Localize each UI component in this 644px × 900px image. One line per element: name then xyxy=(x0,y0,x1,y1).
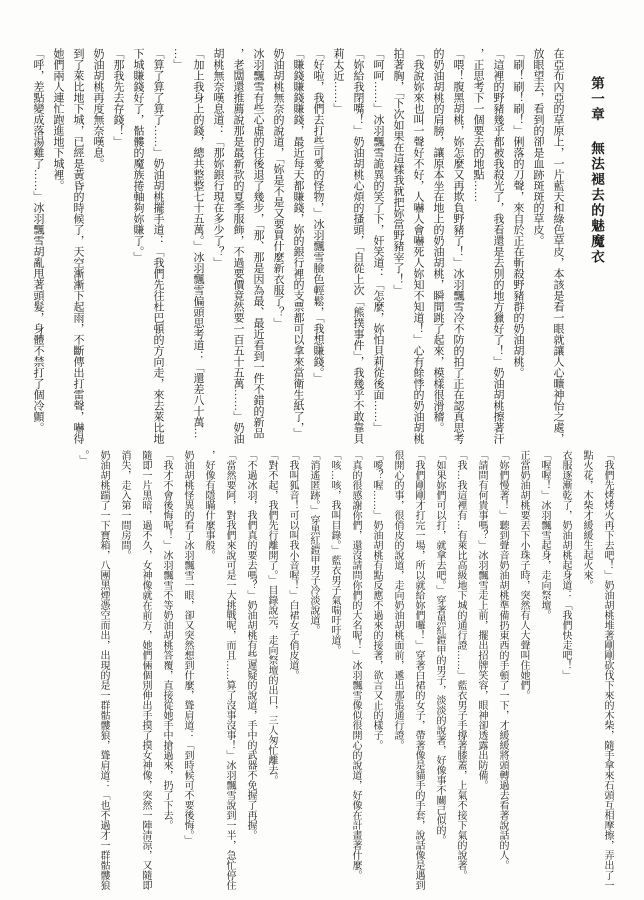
paragraph: 正當奶油胡桃要丟下小珠子時，突然有人大聲叫住她們。 xyxy=(513,450,534,890)
paragraph: 「我…我這裡有…有萊比高級地下城的通行證……」藍衣男子手撐著膝蓋，上氣不接下氣的… xyxy=(450,450,471,890)
paragraph: 「刷！刷！刷！」俐落的刀聲，來自於正在斬殺野豬群的奶油胡桃。 xyxy=(508,48,528,446)
paragraph: 冰羽飄雪有些心虛的往後退了幾步，「那、那是因為最、最近看到一件不錯的新品，老闆還… xyxy=(208,48,268,446)
paragraphs-bottom: 「我們先烤烤火再下去吧！」奶油胡桃堆著剛剛砍伐下來的木柴，隨手拿來石頭互相摩擦，… xyxy=(72,450,618,890)
paragraph: 「不過冰羽，我們真的要去嗎？」奶油胡桃有些遲疑的說道，手中的武器不免握了再握。 xyxy=(240,450,261,890)
paragraph: 「對不起，我們先行離開了。」目錄說完，走向祭壇的出口，三人匆忙離去。 xyxy=(261,450,282,890)
paragraph: 「我說妳來也叫一聲好不好，人嚇人會嚇死人妳知不知道！」心有餘悸的奶油胡桃拍著胸，… xyxy=(388,48,428,446)
paragraph: 奶油胡桃怪異的看了冰羽飄雪一眼，卻又突然想到什麼，聳肩道：「到時候可不要後悔。」 xyxy=(177,450,198,890)
paragraph: 「算了算了算了……」奶油胡桃擺手道：「我們先往杜巴頓的方向走，來去萊比地下城賺錢… xyxy=(128,48,168,446)
paragraph: 「我們先烤烤火再下去吧！」奶油胡桃堆著剛剛砍伐下來的木柴，隨手拿來石頭互相摩擦，… xyxy=(576,450,618,890)
paragraph: 到了萊比地下城，已經是黃昏的時候了，天空漸漸下起雨，不斷傳出打雷聲，嚇得她們兩人… xyxy=(48,48,88,446)
paragraph: 衣服逐漸乾了，奶油胡桃起身道：「我們快走吧！」 xyxy=(555,450,576,890)
paragraph: 「呵呵……」冰羽飄雪詭異的笑了下，奸笑道：「怎麼，妳怕貝莉從後面……」 xyxy=(368,48,388,446)
paragraph: 「真的很感謝你們，還沒請問你們的大名呢！」冰羽飄雪像似很開心的說道，好像在計畫著… xyxy=(345,450,366,890)
paragraph: 「妳們慢著！」聽到聲音奶油胡桃準備扔東西的手頓了一下，才緩緩將頭轉過去看著說話的… xyxy=(492,450,513,890)
paragraph: 奶油胡桃踹了一下寶箱，八團黑煙憑空而出，出現的是一群骷髏狼，聳肩道：「也不過才一… xyxy=(72,450,114,890)
paragraph: 「當然要阿，對我們來說可是一大挑戰呢，而且……算了沒事沒事！」冰羽飄雪說到一半，… xyxy=(198,450,240,890)
page-bottom-text-block: 「我們先烤烤火再下去吧！」奶油胡桃堆著剛剛砍伐下來的木柴，隨手拿來石頭互相摩擦，… xyxy=(72,450,618,890)
paragraph: 「消遙匿跡。」穿黑紅鎧甲男子冷淡說道。 xyxy=(303,450,324,890)
paragraph: 奶油胡桃再度無奈嘆息。 xyxy=(88,48,108,446)
paragraph: 「那我先去存錢！」 xyxy=(108,48,128,446)
paragraph: 「我叫狐音！可以叫我小音喔！」白裙女子俏皮道。 xyxy=(282,450,303,890)
chapter-title: 第一章無法褪去的魅魔衣 xyxy=(584,76,608,446)
paragraph: 「呼，差點變成落湯雞了……」冰羽飄雪胡亂甩著頭髮，身體不禁打了個冷顫。 xyxy=(28,48,48,446)
paragraph: 「請問有何貴事嗎？」冰羽飄雪走上前，擺出招牌笑容，眼神卻透露出防備。 xyxy=(471,450,492,890)
chapter-number: 第一章 xyxy=(589,76,604,123)
paragraph: 「咳…咳，我叫目錄。」藍衣男子氣喘吁吁道。 xyxy=(324,450,345,890)
paragraph: 「我們剛剛才打完一場，所以就給妳們囉！」穿著白裙的女子，帶著像是貓手的手套，說話… xyxy=(387,450,429,890)
page-top-text-block: 第一章無法褪去的魅魔衣 在亞布內亞的草原上，一片藍天和綠色草皮，本該是看一眼就讓… xyxy=(28,48,608,446)
paragraph: 「喂！腹黑胡桃，妳怎麼又再欺負野豬了！」冰羽飄雪冷不防的拍了正在認真思考的奶油胡… xyxy=(428,48,468,446)
paragraph: 「喔喔！」冰羽飄雪起身，走向祭壇。 xyxy=(534,450,555,890)
paragraph: 隨即一片黑暗，過不久，女神像就在前方，她們倆個別伸出手摸了摸女神像，突然一陣清涼… xyxy=(114,450,156,890)
paragraph: 「這裡的野豬幾乎都被我殺光了，我看還是去別的地方獵好了！」奶油胡桃擦著汗，正思考… xyxy=(468,48,508,446)
paragraph: 「如果妳們可以打，就拿去吧。」穿著黑紅鎧甲的男子，淡淡的說著，好像事不關己似的。 xyxy=(429,450,450,890)
paragraph: 「噯？喔……」奶油胡桃有點反應不過來的接著，欲言又止的樣子。 xyxy=(366,450,387,890)
paragraph: 「我才不會後悔呢！」冰羽飄雪不等奶油胡桃答覆，直接從她手中搶過來，扔了下去。 xyxy=(156,450,177,890)
chapter-name: 無法褪去的魅魔衣 xyxy=(589,141,604,265)
novel-page: 第一章無法褪去的魅魔衣 在亞布內亞的草原上，一片藍天和綠色草皮，本該是看一眼就讓… xyxy=(0,0,644,900)
paragraph: 「好啦，我們去打些可愛的怪物，」冰羽飄雪臉色輕鬆，「我想賺錢。」 xyxy=(308,48,328,446)
paragraph: 「加上我身上的錢，總共整整七十五萬。」冰羽飄雪偏頭思考道：「還差八十萬……」 xyxy=(168,48,208,446)
paragraphs-top: 在亞布內亞的草原上，一片藍天和綠色草皮，本該是看一眼就讓人心曠神怡之處，放眼望去… xyxy=(28,48,568,446)
paragraph: 「妳給我閉嘴！」奶油胡桃心煩的搔頭，「自從上次「熊撲事件」，我幾乎不敢靠貝莉太近… xyxy=(328,48,368,446)
paragraph: 在亞布內亞的草原上，一片藍天和綠色草皮，本該是看一眼就讓人心曠神怡之處，放眼望去… xyxy=(528,48,568,446)
paragraph: 「賺錢賺錢賺錢，最近每天都賺錢，妳的銀行裡的支票都可以拿來當衛生紙了，」奶油胡桃… xyxy=(268,48,308,446)
